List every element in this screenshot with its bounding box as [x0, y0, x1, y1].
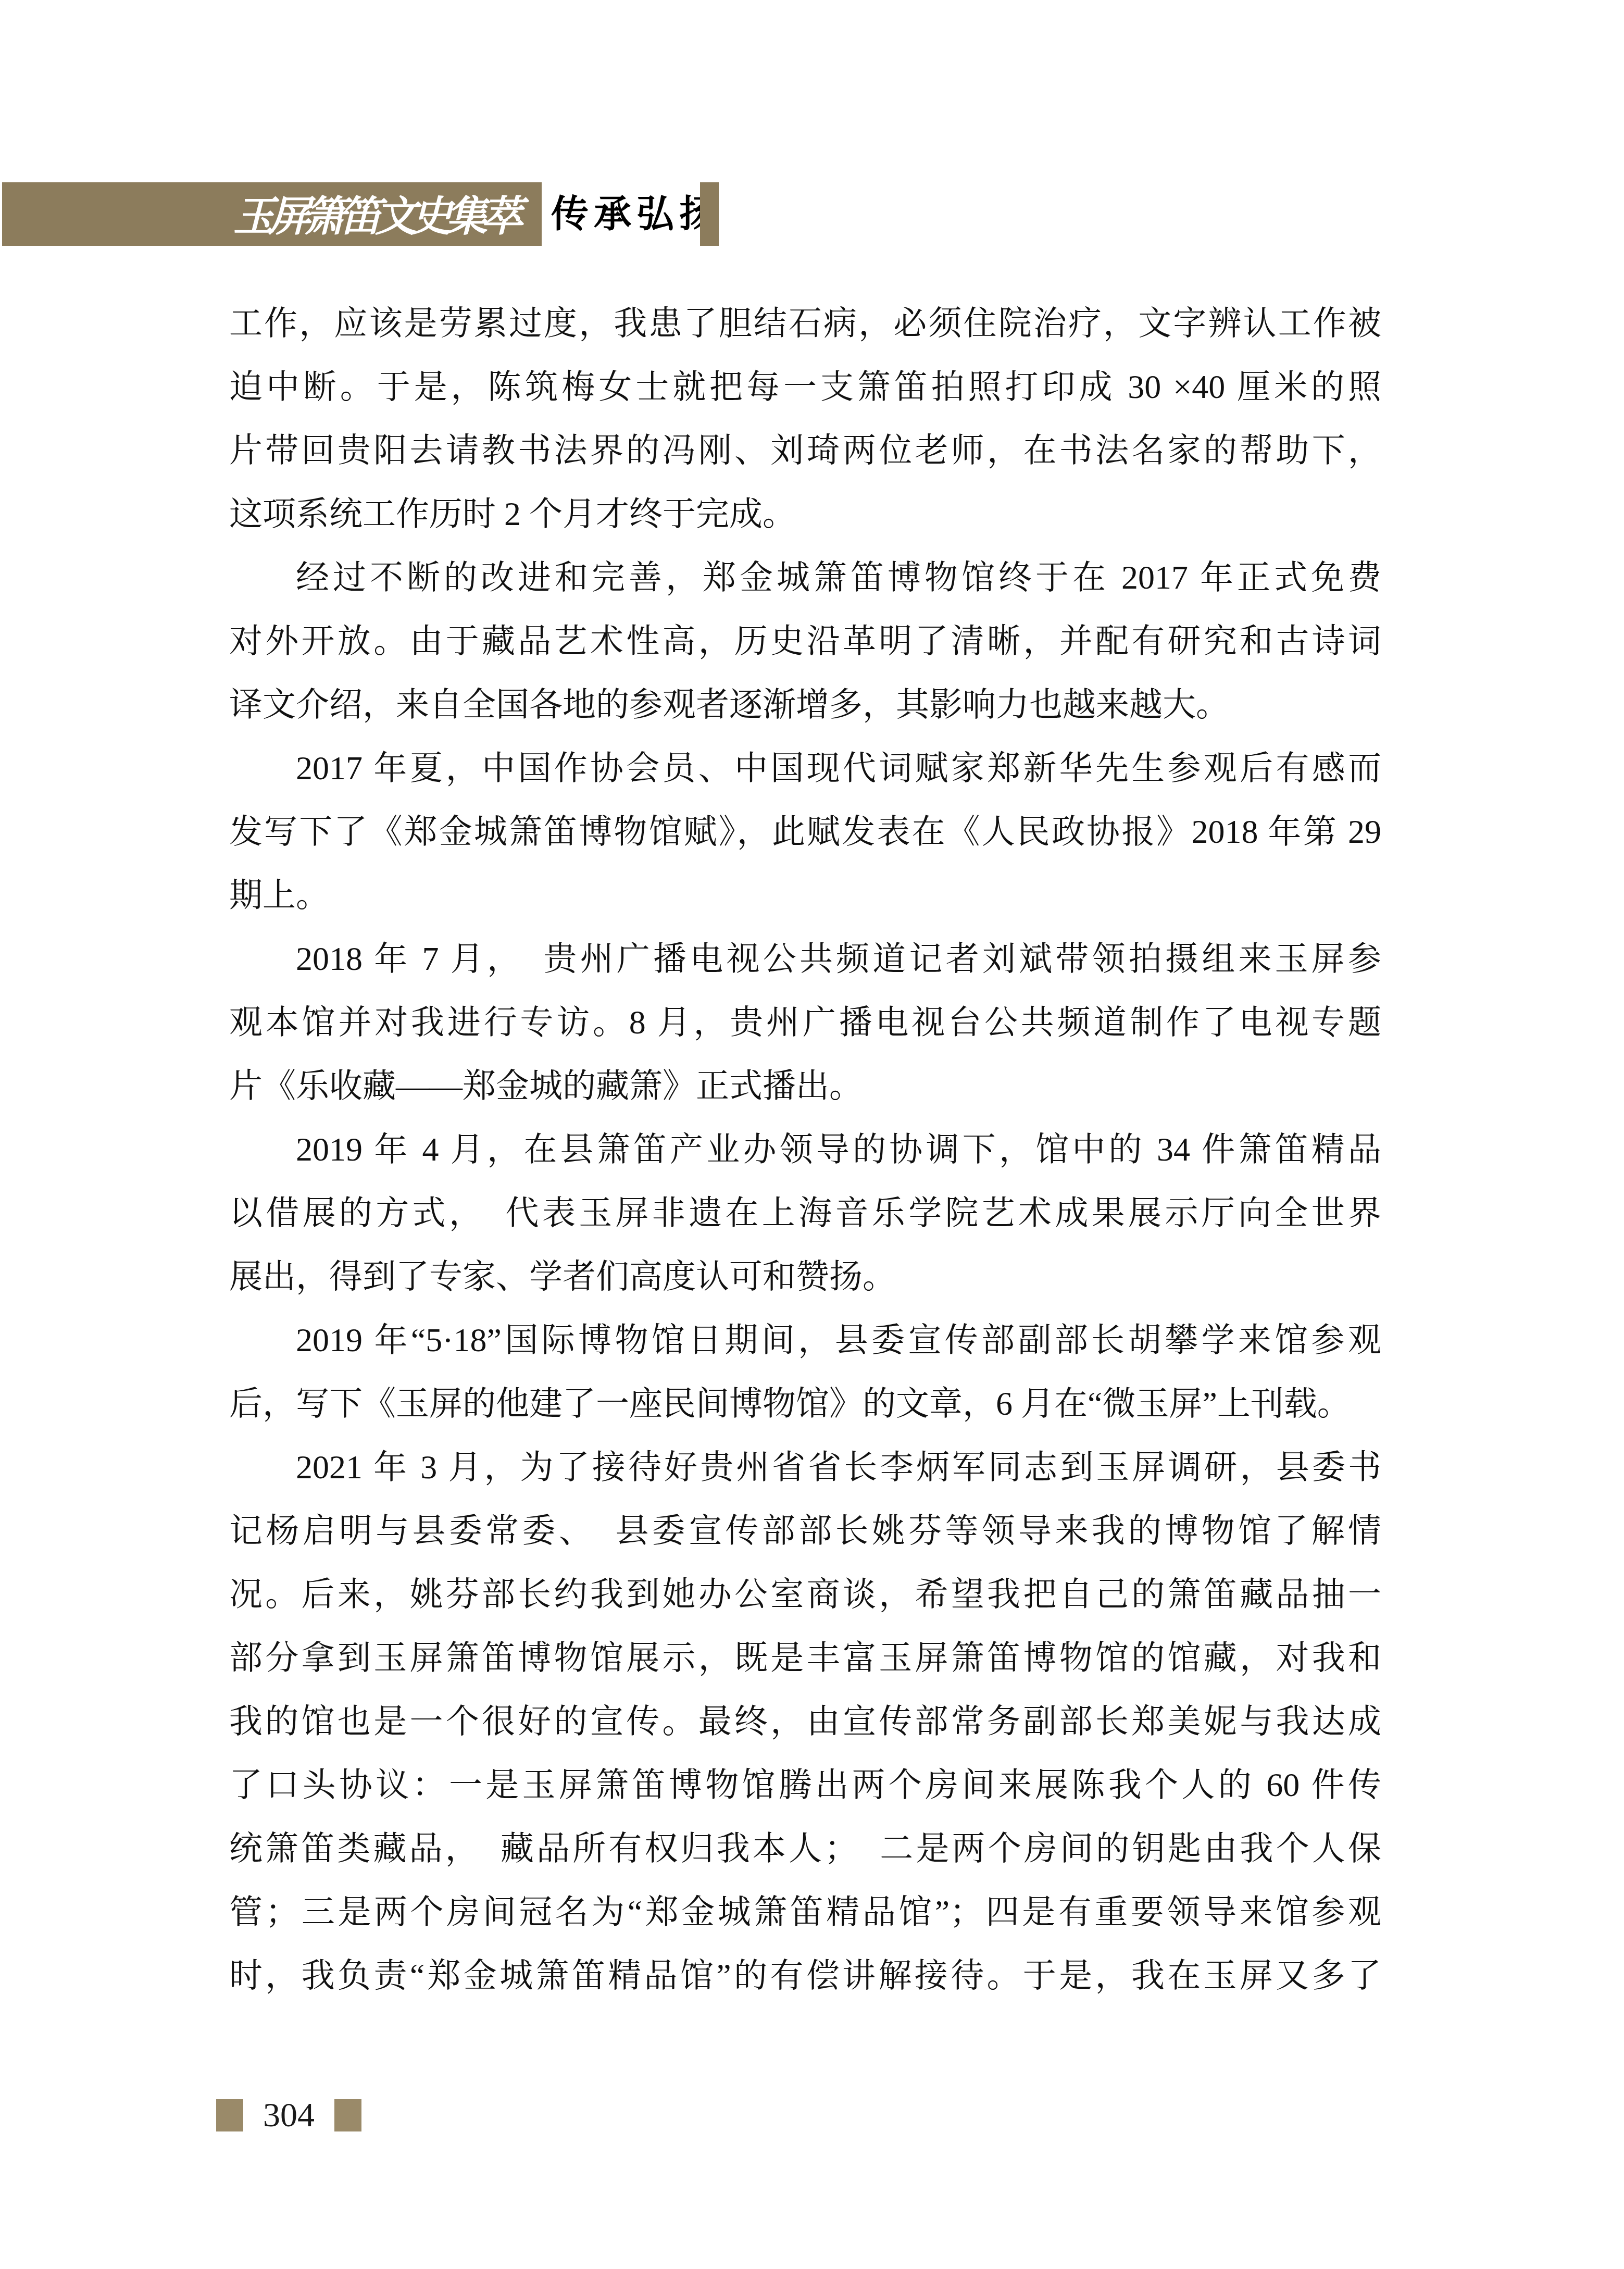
text-line: 我的馆也是一个很好的宣传。最终，由宣传部常务副部长郑美妮与我达成 [229, 1690, 1381, 1753]
text-line: 况。后来，姚芬部长约我到她办公室商谈，希望我把自己的箫笛藏品抽一 [229, 1563, 1381, 1626]
page-footer: 304 [216, 2099, 361, 2131]
header-band: 玉屏箫笛文史集萃 [2, 182, 542, 246]
text-line: 经过不断的改进和完善，郑金城箫笛博物馆终于在 2017 年正式免费 [229, 546, 1381, 609]
text-line: 译文介绍，来自全国各地的参观者逐渐增多，其影响力也越来越大。 [229, 673, 1381, 737]
header-band-accent-block [700, 182, 719, 246]
text-line: 发写下了《郑金城箫笛博物馆赋》，此赋发表在《人民政协报》2018 年第 29 [229, 800, 1381, 864]
text-line: 展出，得到了专家、学者们高度认可和赞扬。 [229, 1245, 1381, 1308]
text-line: 迫中断。于是，陈筑梅女士就把每一支箫笛拍照打印成 30 ×40 厘米的照 [229, 355, 1381, 419]
book-page: 玉屏箫笛文史集萃 传承弘扬 工作，应该是劳累过度，我患了胆结石病，必须住院治疗，… [0, 0, 1624, 2269]
text-line: 后，写下《玉屏的他建了一座民间博物馆》的文章，6 月在“微玉屏”上刊载。 [229, 1372, 1381, 1436]
footer-right-square [334, 2099, 361, 2131]
body-text: 工作，应该是劳累过度，我患了胆结石病，必须住院治疗，文字辨认工作被迫中断。于是，… [229, 292, 1381, 2008]
footer-left-square [216, 2099, 243, 2131]
text-line: 观本馆并对我进行专访。8 月，贵州广播电视台公共频道制作了电视专题 [229, 991, 1381, 1054]
text-line: 片带回贵阳去请教书法界的冯刚、刘琦两位老师，在书法名家的帮助下， [229, 419, 1381, 482]
text-line: 2018 年 7 月， 贵州广播电视公共频道记者刘斌带领拍摄组来玉屏参 [229, 927, 1381, 991]
text-line: 期上。 [229, 864, 1381, 927]
text-line: 部分拿到玉屏箫笛博物馆展示，既是丰富玉屏箫笛博物馆的馆藏，对我和 [229, 1626, 1381, 1690]
text-line: 对外开放。由于藏品艺术性高，历史沿革明了清晰，并配有研究和古诗词 [229, 609, 1381, 673]
text-line: 2019 年 4 月，在县箫笛产业办领导的协调下，馆中的 34 件箫笛精品 [229, 1118, 1381, 1181]
text-line: 这项系统工作历时 2 个月才终于完成。 [229, 482, 1381, 546]
text-line: 2019 年“5·18”国际博物馆日期间，县委宣传部副部长胡攀学来馆参观 [229, 1308, 1381, 1372]
text-line: 以借展的方式， 代表玉屏非遗在上海音乐学院艺术成果展示厅向全世界 [229, 1181, 1381, 1245]
text-line: 了口头协议：一是玉屏箫笛博物馆腾出两个房间来展陈我个人的 60 件传 [229, 1753, 1381, 1817]
text-line: 2017 年夏，中国作协会员、中国现代词赋家郑新华先生参观后有感而 [229, 737, 1381, 800]
text-line: 记杨启明与县委常委、 县委宣传部部长姚芬等领导来我的博物馆了解情 [229, 1499, 1381, 1563]
section-title: 传承弘扬 [551, 182, 722, 246]
text-line: 2021 年 3 月，为了接待好贵州省省长李炳军同志到玉屏调研，县委书 [229, 1436, 1381, 1499]
text-line: 工作，应该是劳累过度，我患了胆结石病，必须住院治疗，文字辨认工作被 [229, 292, 1381, 355]
text-line: 统箫笛类藏品， 藏品所有权归我本人； 二是两个房间的钥匙由我个人保 [229, 1817, 1381, 1880]
series-calligraphy-title: 玉屏箫笛文史集萃 [233, 183, 517, 243]
text-line: 片《乐收藏——郑金城的藏箫》正式播出。 [229, 1054, 1381, 1118]
text-line: 管；三是两个房间冠名为“郑金城箫笛精品馆”；四是有重要领导来馆参观 [229, 1880, 1381, 1944]
text-line: 时，我负责“郑金城箫笛精品馆”的有偿讲解接待。于是，我在玉屏又多了 [229, 1944, 1381, 2008]
page-number: 304 [263, 2099, 315, 2131]
